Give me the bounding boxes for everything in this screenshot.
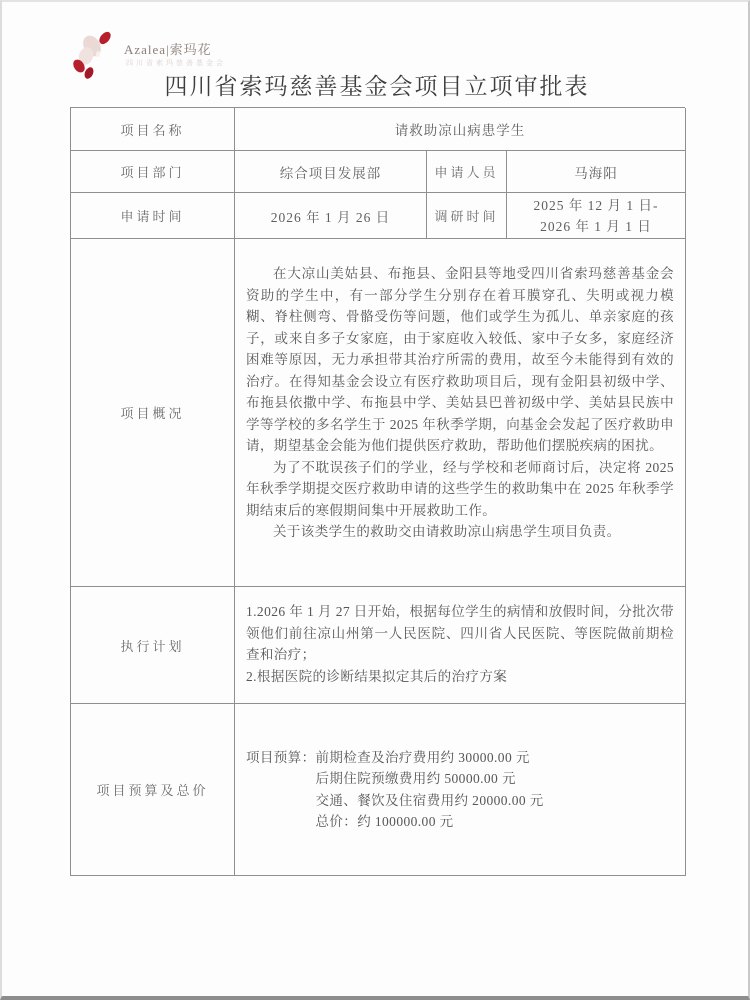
- project-dept-value: 综合项目发展部: [235, 151, 427, 193]
- plan-content: 1.2026 年 1 月 27 日开始，根据每位学生的病情和放假时间，分批次带领…: [235, 587, 686, 704]
- project-name-label: 项目名称: [71, 108, 235, 151]
- budget-content: 项目预算： 前期检查及治疗费用约 30000.00 元 后期住院预缴费用约 50…: [235, 704, 686, 876]
- applicant-label: 申请人员: [427, 151, 507, 193]
- logo-brand-text: Azalea|索玛花: [124, 39, 212, 58]
- plan-item-1: 1.2026 年 1 月 27 日开始，根据每位学生的病情和放假时间，分批次带领…: [246, 601, 674, 666]
- overview-paragraph-2: 为了不耽误孩子们的学业，经与学校和老师商讨后，决定将 2025 年秋季学期提交医…: [246, 457, 674, 522]
- page-title: 四川省索玛慈善基金会项目立项审批表: [2, 68, 750, 101]
- overview-label: 项目概况: [71, 239, 235, 587]
- research-time-line2: 2026 年 1 月 1 日: [533, 216, 658, 237]
- budget-label: 项目预算及总价: [71, 704, 235, 876]
- project-dept-label: 项目部门: [71, 151, 235, 193]
- logo-subtitle-text: 四川省索玛慈善基金会: [126, 58, 226, 68]
- applicant-value: 马海阳: [507, 151, 686, 193]
- plan-item-2: 2.根据医院的诊断结果拟定其后的治疗方案: [246, 666, 674, 688]
- research-time-value: 2025 年 12 月 1 日- 2026 年 1 月 1 日: [507, 193, 686, 239]
- approval-form-table: 项目名称 请救助凉山病患学生 项目部门 综合项目发展部 申请人员 马海阳 申请时…: [70, 107, 685, 876]
- budget-line-4: 总价：约 100000.00 元: [316, 811, 544, 833]
- overview-paragraph-1: 在大凉山美姑县、布拖县、金阳县等地受四川省索玛慈善基金会资助的学生中，有一部分学…: [246, 263, 674, 457]
- research-time-line1: 2025 年 12 月 1 日-: [533, 195, 658, 216]
- budget-line-1: 前期检查及治疗费用约 30000.00 元: [316, 747, 544, 769]
- project-name-value: 请救助凉山病患学生: [235, 108, 686, 151]
- document-page: Azalea|索玛花 四川省索玛慈善基金会 四川省索玛慈善基金会项目立项审批表 …: [0, 0, 750, 1000]
- budget-prefix: 项目预算：: [246, 747, 316, 833]
- apply-time-value: 2026 年 1 月 26 日: [235, 193, 427, 239]
- budget-line-3: 交通、餐饮及住宿费用约 20000.00 元: [316, 790, 544, 812]
- apply-time-label: 申请时间: [71, 193, 235, 239]
- budget-line-2: 后期住院预缴费用约 50000.00 元: [316, 768, 544, 790]
- plan-label: 执行计划: [71, 587, 235, 704]
- research-time-label: 调研时间: [427, 193, 507, 239]
- overview-paragraph-3: 关于该类学生的救助交由请救助凉山病患学生项目负责。: [246, 521, 674, 543]
- overview-content: 在大凉山美姑县、布拖县、金阳县等地受四川省索玛慈善基金会资助的学生中，有一部分学…: [235, 239, 686, 587]
